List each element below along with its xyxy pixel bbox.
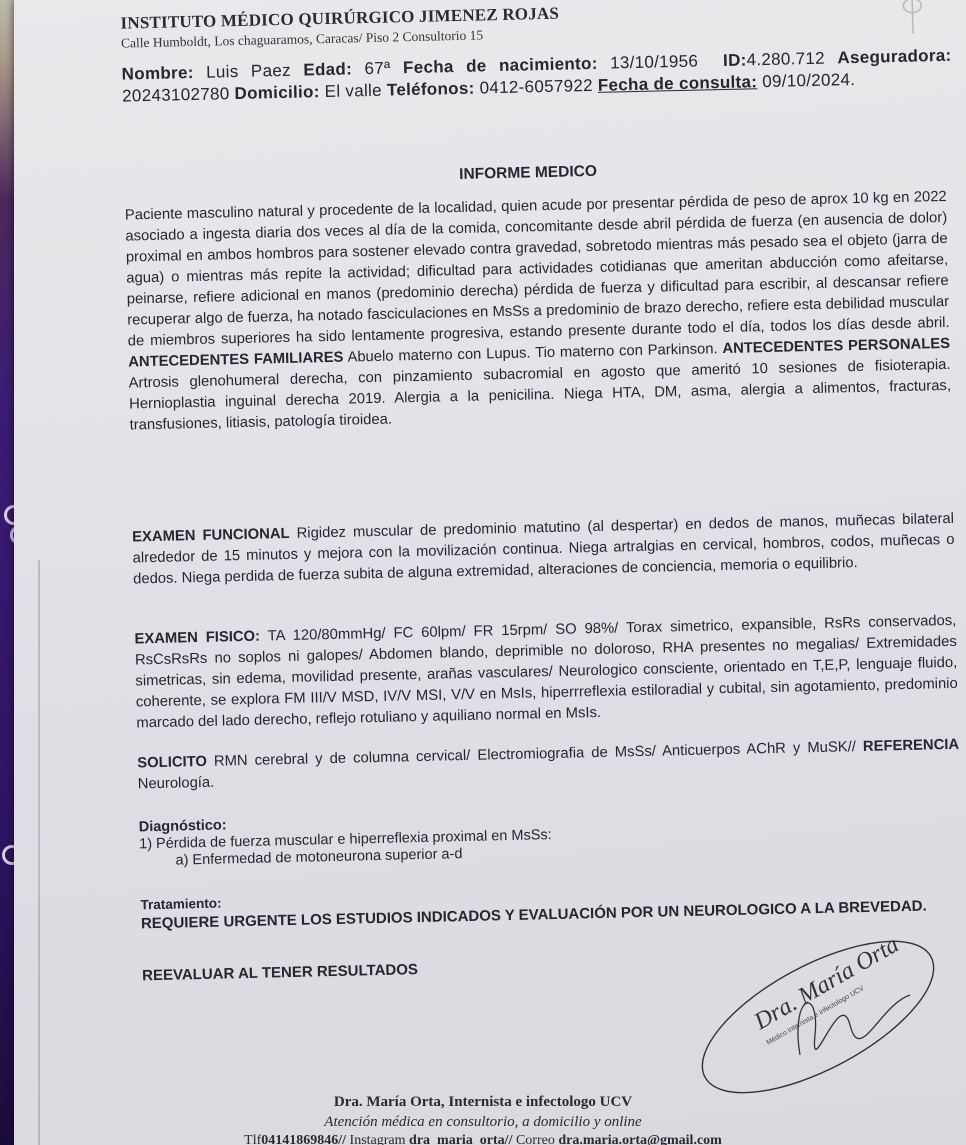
name-label: Nombre: [121,63,193,84]
footer-email: dra.maria.orta@gmail.com [558,1133,721,1145]
family-history-label: ANTECEDENTES FAMILIARES [128,350,344,371]
id-label: ID: [723,50,747,70]
patient-age: 67ª [364,59,391,79]
patient-dob: 13/10/1956 [610,52,699,73]
consult-date: 09/10/2024. [762,70,856,91]
history-section: Paciente masculino natural y procedente … [125,187,952,437]
signature-stamp: Dra. María Orta Médico internista e infe… [690,925,950,1095]
patient-phone: 0412-6057922 [479,76,593,98]
footer: Dra. María Orta, Internista e infectolog… [0,1092,966,1145]
physical-exam-label: EXAMEN FISICO: [134,629,260,648]
patient-name: Luis Paez [206,61,291,82]
footer-doctor: Dra. María Orta, Internista e infectolog… [0,1092,966,1112]
patient-insurer: 20243102780 [122,84,230,105]
insurer-label: Aseguradora: [837,46,952,68]
phone-label: Tlf [244,1133,261,1145]
instagram-label: Instagram [350,1133,406,1145]
diagnosis-section: Diagnóstico: 1) Pérdida de fuerza muscul… [139,810,553,870]
footer-instagram: dra_maria_orta// [409,1133,512,1145]
dob-label: Fecha de nacimiento: [403,54,598,77]
patient-id: 4.280.712 [746,49,825,70]
patient-address: El valle [324,81,382,101]
referral-text: Neurología. [138,775,215,793]
consult-date-label: Fecha de consulta: [598,72,758,95]
email-label: Correo [516,1133,555,1145]
footer-services: Atención médica en consultorio, a domici… [0,1112,966,1132]
caduceus-logo-icon [892,0,933,36]
referral-label: REFERENCIA [863,737,960,755]
phone-label: Teléfonos: [387,79,475,100]
request-label: SOLICITO [137,754,207,772]
functional-exam-label: EXAMEN FUNCIONAL [132,526,290,546]
footer-contact: Tlf04141869846// Instagram dra_maria_ort… [0,1132,966,1145]
paper-fold [38,560,40,1145]
physical-exam-section: EXAMEN FISICO: TA 120/80mmHg/ FC 60lpm/ … [134,611,958,735]
footer-phone: 04141869846// [261,1133,346,1145]
address-label: Domicilio: [234,82,320,103]
age-label: Edad: [303,59,352,79]
personal-history-label: ANTECEDENTES PERSONALES [722,336,950,357]
history-text: Paciente masculino natural y procedente … [125,189,950,350]
family-history-text: Abuelo materno con Lupus. Tio materno co… [347,341,717,365]
